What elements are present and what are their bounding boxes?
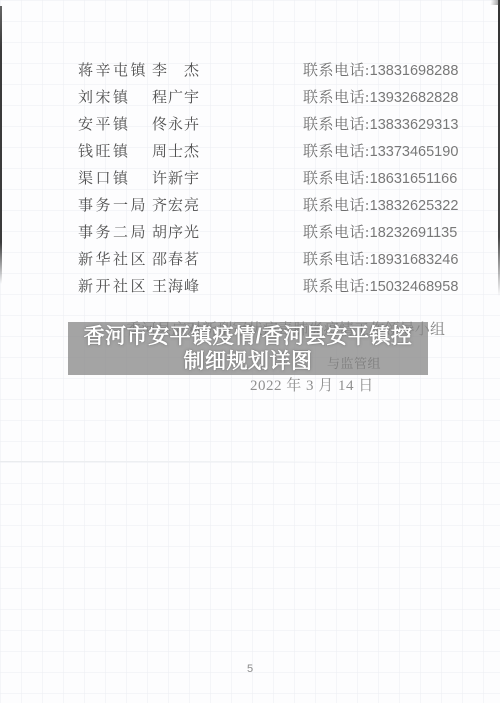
phone-entry: 联系电话:15032468958 [303, 275, 458, 296]
scanned-document-page: 蒋辛屯镇 李 杰 联系电话:13831698288 刘宋镇 程广宇 联系电话:1… [0, 0, 500, 703]
table-row: 新华社区 邵春茗 联系电话:18931683246 [0, 245, 500, 272]
watermark-title-line1: 香河市安平镇疫情/香河县安平镇控 [84, 324, 413, 349]
person-name: 许新宇 [152, 167, 303, 188]
person-name: 邵春茗 [152, 248, 303, 269]
phone-number: 13833629313 [370, 117, 459, 133]
phone-number: 13832625322 [370, 198, 459, 214]
person-name: 王海峰 [152, 275, 303, 296]
person-name: 程广宇 [152, 86, 303, 107]
phone-entry: 联系电话:13932682828 [303, 86, 458, 107]
phone-entry: 联系电话:13833629313 [303, 113, 458, 134]
table-row: 安平镇 佟永卉 联系电话:13833629313 [0, 110, 500, 137]
watermark-title: 香河市安平镇疫情/香河县安平镇控 制细规划详图 [68, 322, 428, 375]
table-row: 蒋辛屯镇 李 杰 联系电话:13831698288 [0, 56, 500, 83]
table-row: 事务二局 胡序光 联系电话:18232691135 [0, 218, 500, 245]
phone-label: 联系电话: [303, 117, 370, 133]
person-name: 李 杰 [152, 59, 303, 80]
person-name: 齐宏亮 [152, 194, 303, 215]
phone-number: 13932682828 [370, 90, 459, 106]
table-row: 刘宋镇 程广宇 联系电话:13932682828 [0, 83, 500, 110]
org-name: 事务二局 [78, 221, 152, 242]
page-number: 5 [0, 663, 500, 675]
phone-label: 联系电话: [303, 171, 370, 187]
phone-number: 13831698288 [370, 63, 459, 79]
phone-entry: 联系电话:18631651166 [303, 167, 457, 188]
org-name: 钱旺镇 [78, 140, 152, 161]
watermark-title-line2: 制细规划详图 [184, 349, 313, 374]
org-name: 渠口镇 [78, 167, 152, 188]
phone-entry: 联系电话:13373465190 [303, 140, 458, 161]
table-row: 新开社区 王海峰 联系电话:15032468958 [0, 272, 500, 299]
org-name: 新华社区 [78, 248, 152, 269]
document-date: 2022 年 3 月 14 日 [250, 374, 374, 395]
phone-entry: 联系电话:18232691135 [303, 221, 457, 242]
org-name: 安平镇 [78, 113, 152, 134]
phone-number: 18931683246 [370, 252, 459, 268]
phone-entry: 联系电话:13832625322 [303, 194, 458, 215]
phone-label: 联系电话: [303, 225, 370, 241]
table-row: 事务一局 齐宏亮 联系电话:13832625322 [0, 191, 500, 218]
scan-edge-left [0, 6, 2, 284]
phone-entry: 联系电话:18931683246 [303, 248, 458, 269]
phone-number: 13373465190 [370, 144, 459, 160]
table-row: 钱旺镇 周士杰 联系电话:13373465190 [0, 137, 500, 164]
org-name: 事务一局 [78, 194, 152, 215]
scan-fold-line [0, 461, 340, 462]
table-row: 渠口镇 许新宇 联系电话:18631651166 [0, 164, 500, 191]
phone-number: 18631651166 [370, 171, 458, 187]
phone-label: 联系电话: [303, 252, 370, 268]
phone-label: 联系电话: [303, 63, 370, 79]
phone-number: 18232691135 [370, 225, 458, 241]
person-name: 胡序光 [152, 221, 303, 242]
org-name: 蒋辛屯镇 [78, 59, 152, 80]
phone-label: 联系电话: [303, 198, 370, 214]
phone-entry: 联系电话:13831698288 [303, 59, 458, 80]
org-name: 刘宋镇 [78, 86, 152, 107]
person-name: 周士杰 [152, 140, 303, 161]
org-name: 新开社区 [78, 275, 152, 296]
phone-number: 15032468958 [370, 279, 459, 295]
scan-corner-smudge [485, 0, 499, 5]
person-name: 佟永卉 [152, 113, 303, 134]
phone-label: 联系电话: [303, 144, 370, 160]
phone-label: 联系电话: [303, 90, 370, 106]
contact-table: 蒋辛屯镇 李 杰 联系电话:13831698288 刘宋镇 程广宇 联系电话:1… [0, 56, 500, 299]
phone-label: 联系电话: [303, 279, 370, 295]
